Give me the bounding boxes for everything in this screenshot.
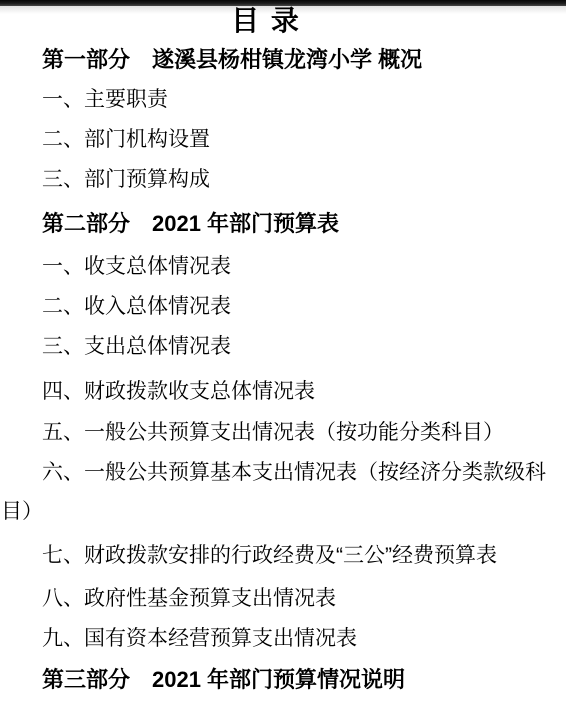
toc-entry: 四、财政拨款收支总体情况表: [0, 372, 566, 412]
toc-entry: 七、财政拨款安排的行政经费及“三公”经费预算表: [0, 536, 566, 576]
toc-entry: 九、国有资本经营预算支出情况表: [0, 619, 566, 659]
toc-entry: 一、收支总体情况表: [0, 247, 566, 287]
section-heading-2: 第二部分 2021 年部门预算表: [0, 204, 566, 244]
toc-entry-continuation: 目）: [0, 492, 566, 532]
toc-entry: 二、部门机构设置: [0, 120, 566, 160]
toc-entry: 二、收入总体情况表: [0, 287, 566, 327]
toc-entry: 五、一般公共预算支出情况表（按功能分类科目）: [0, 413, 566, 453]
section-heading-1: 第一部分 遂溪县杨柑镇龙湾小学 概况: [0, 40, 566, 80]
toc-entry: 三、支出总体情况表: [0, 327, 566, 367]
toc-entry: 一、主要职责: [0, 80, 566, 120]
toc-entry: 三、部门预算构成: [0, 160, 566, 200]
toc-entry: 六、一般公共预算基本支出情况表（按经济分类款级科: [0, 453, 566, 493]
contents-title: 目 录: [0, 2, 566, 40]
document-page: 目 录 第一部分 遂溪县杨柑镇龙湾小学 概况 一、主要职责 二、部门机构设置 三…: [0, 0, 566, 709]
section-heading-3: 第三部分 2021 年部门预算情况说明: [0, 660, 566, 700]
toc-entry: 八、政府性基金预算支出情况表: [0, 579, 566, 619]
